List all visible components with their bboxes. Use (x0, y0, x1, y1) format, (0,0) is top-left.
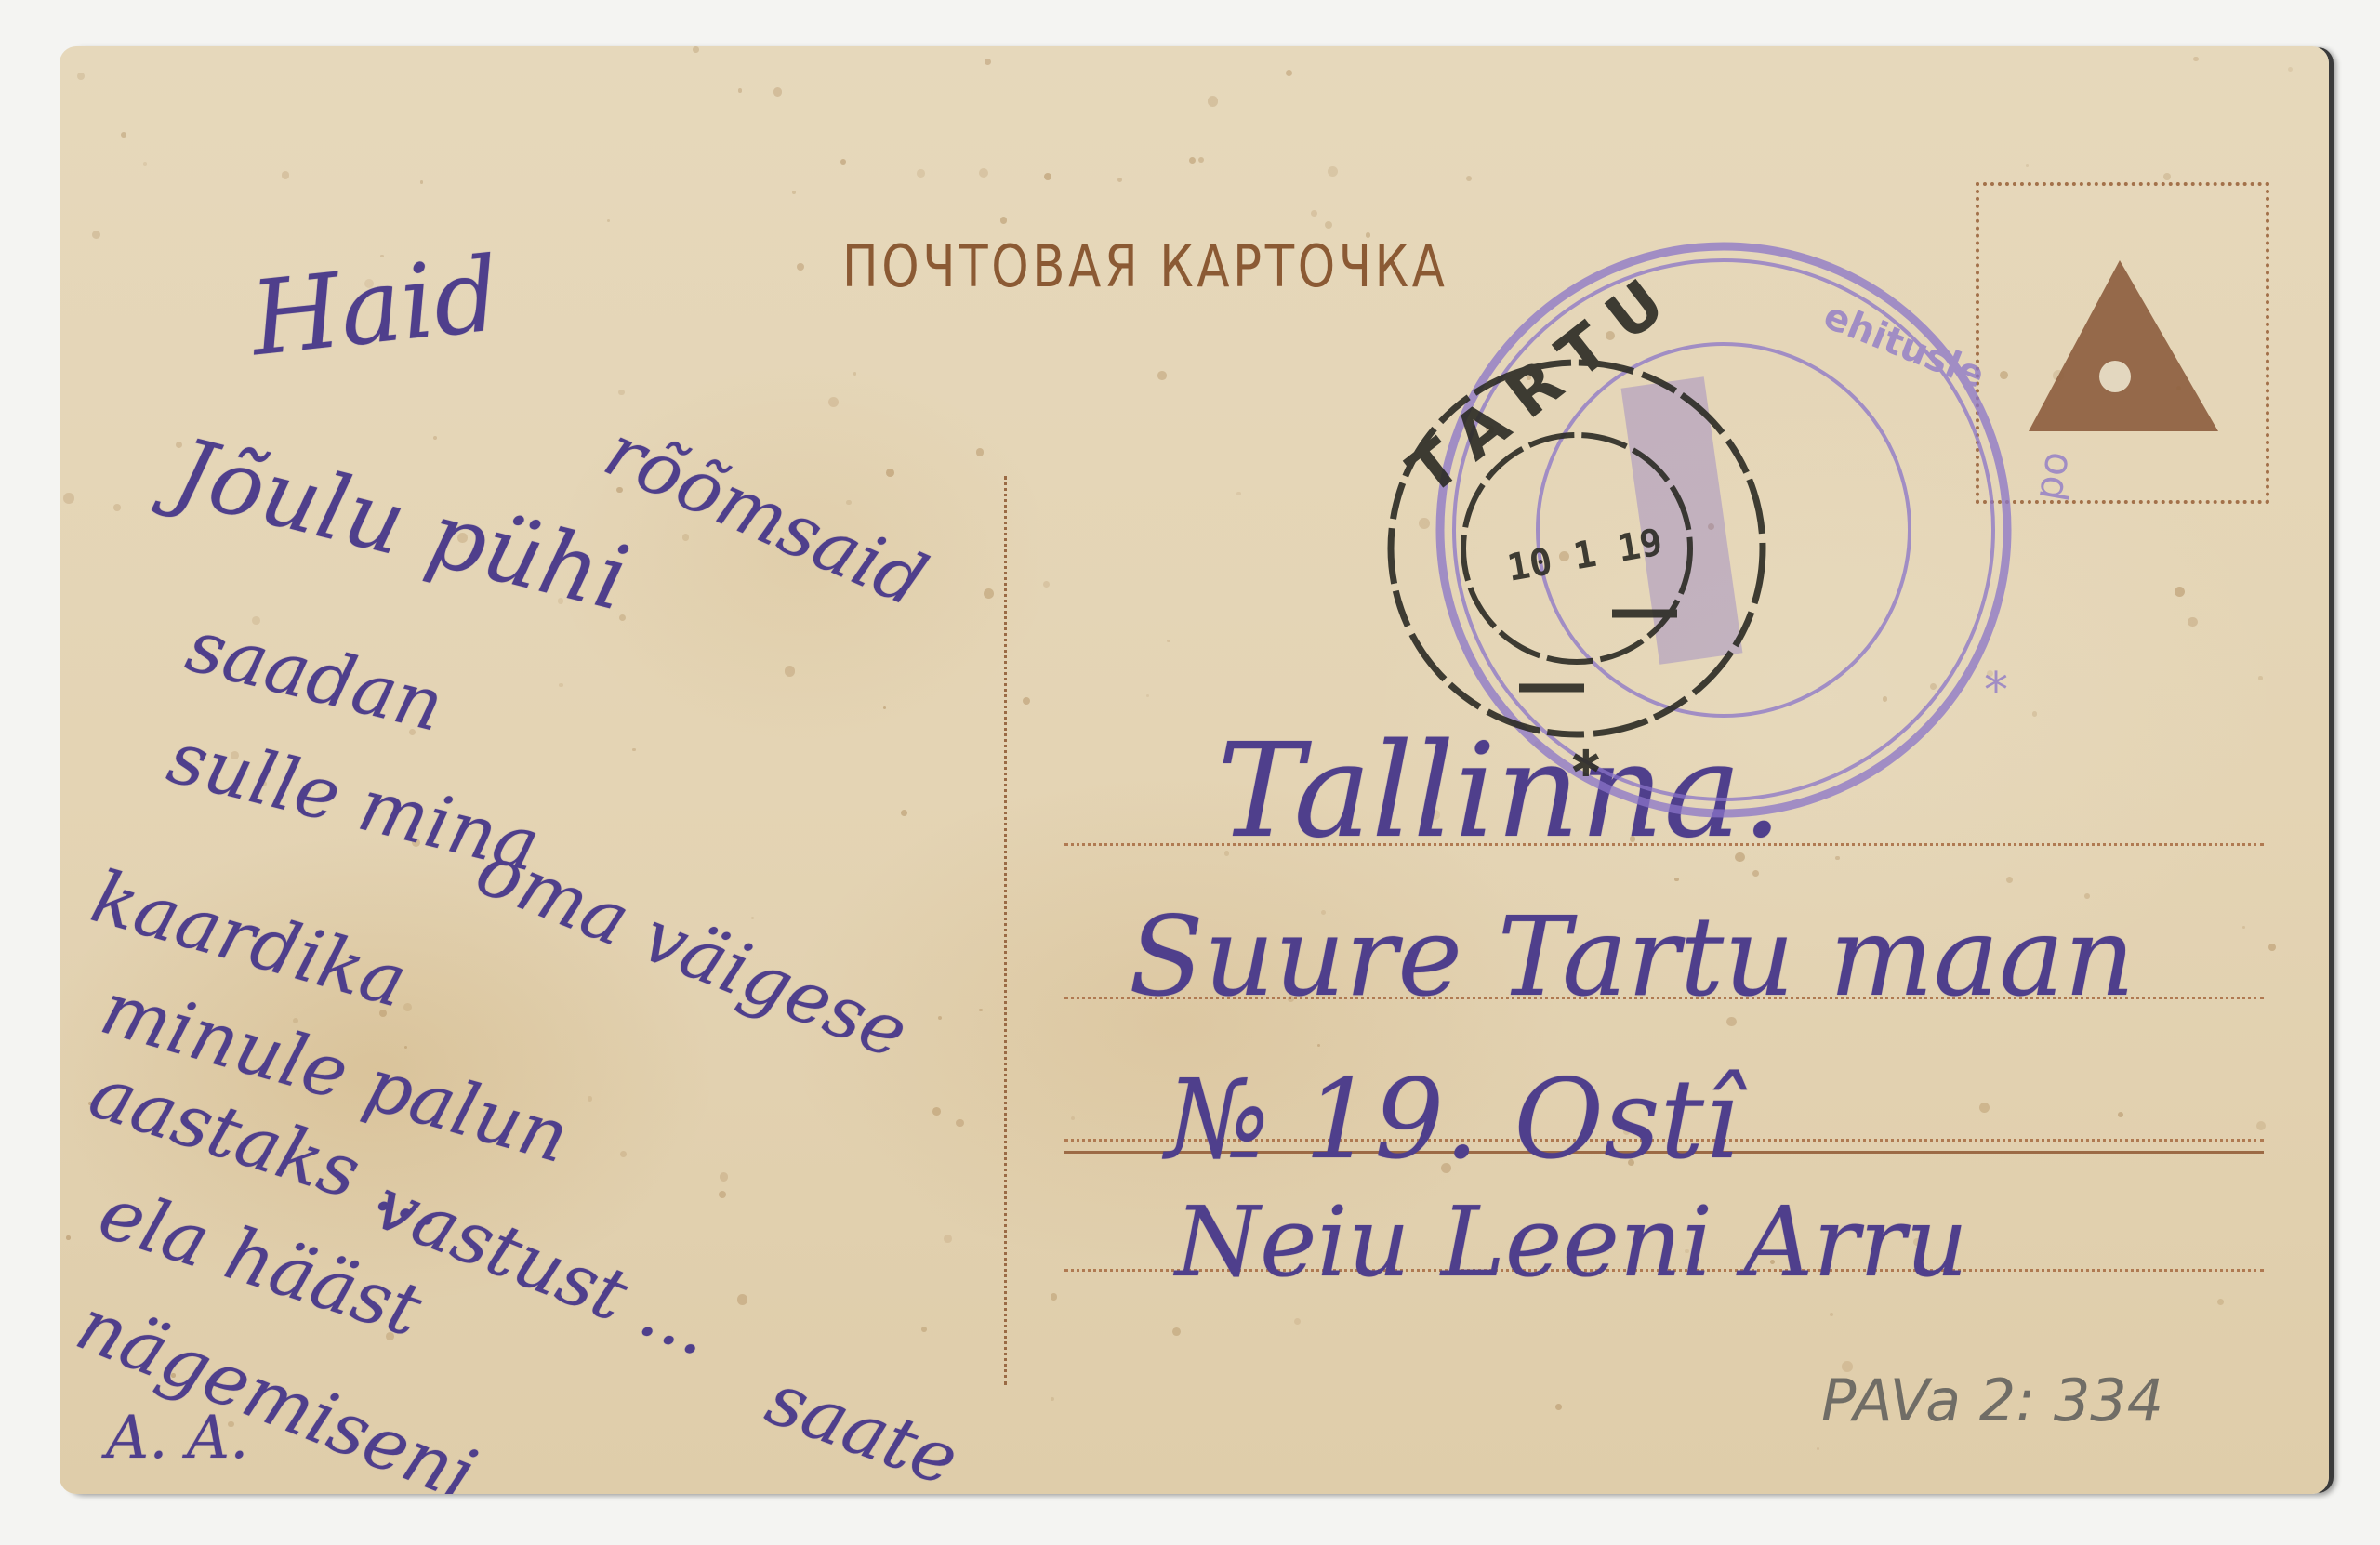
cachet-ornament: * (1984, 663, 2008, 719)
postmark-date: 10 1 19 (1504, 521, 1666, 590)
cachet-side-text: po (2025, 448, 2078, 504)
svg-text:✱: ✱ (1570, 743, 1602, 786)
postcard: ПОЧТОВАЯ КАРТОЧКА Haid rõõmsaid Jõulu pü… (59, 46, 2329, 1494)
postmarks: ehitusle po * TARTU 10 1 19 ✱ (59, 46, 2329, 1494)
